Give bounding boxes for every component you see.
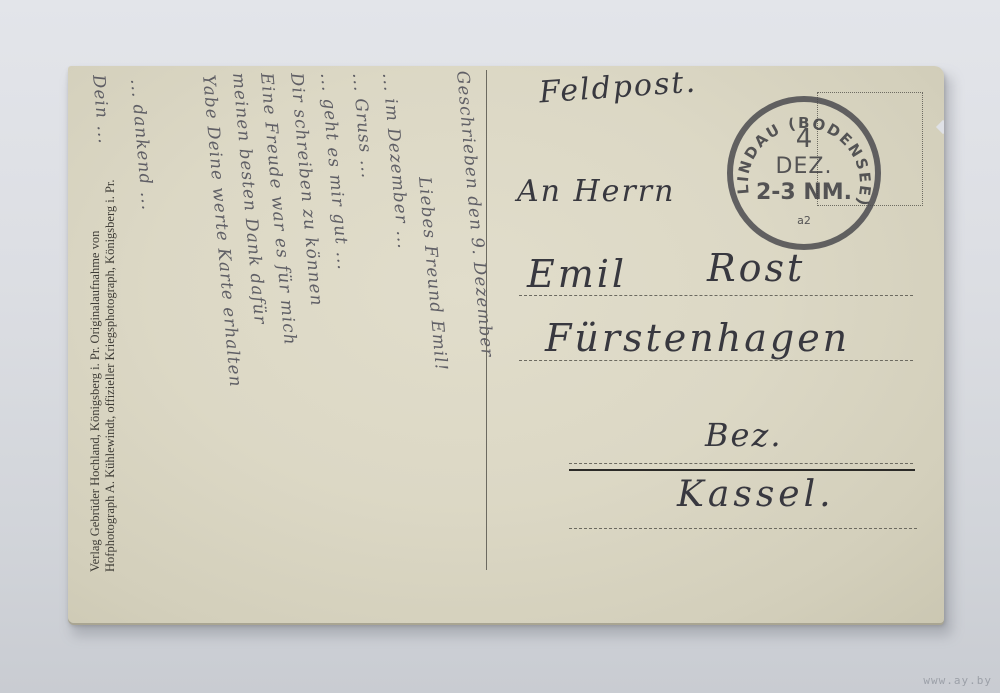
feldpost-label: Feldpost. [538, 66, 698, 110]
recipient-city: Kassel. [677, 474, 835, 515]
recipient-last-name: Rost [707, 246, 805, 290]
postcard: Verlag Gebrüder Hochland, Königsberg i. … [68, 66, 944, 623]
salutation: An Herrn [517, 174, 675, 209]
recipient-first-name: Emil [527, 252, 627, 296]
message-line: ... geht es mir gut ... [316, 72, 353, 271]
postmark-day: 4 [733, 124, 875, 154]
message-line: Liebes Freund Emil! [414, 176, 451, 372]
address-underline [569, 469, 915, 471]
message-line: ... im Dezember ... [378, 72, 413, 250]
recipient-district: Bez. [705, 416, 782, 454]
address-area: LINDAU (BODENSEE) 4 DEZ. 2-3 NM. a2 Feld… [487, 66, 944, 623]
photo-scene: Verlag Gebrüder Hochland, Königsberg i. … [0, 0, 1000, 693]
postmark: LINDAU (BODENSEE) 4 DEZ. 2-3 NM. a2 [727, 96, 881, 250]
address-line-4 [569, 528, 917, 529]
message-area: Verlag Gebrüder Hochland, Königsberg i. … [68, 66, 486, 623]
message-line: ... Gruss ... [348, 72, 377, 180]
postmark-month: DEZ. [733, 154, 875, 179]
address-line-3 [569, 463, 913, 464]
postmark-time: 2-3 NM. [733, 180, 875, 205]
recipient-town: Fürstenhagen [545, 316, 850, 360]
postmark-code: a2 [733, 214, 875, 227]
message-line: ... dankend ... [126, 78, 157, 212]
watermark: www.ay.by [923, 674, 992, 687]
address-line-2 [519, 360, 913, 361]
